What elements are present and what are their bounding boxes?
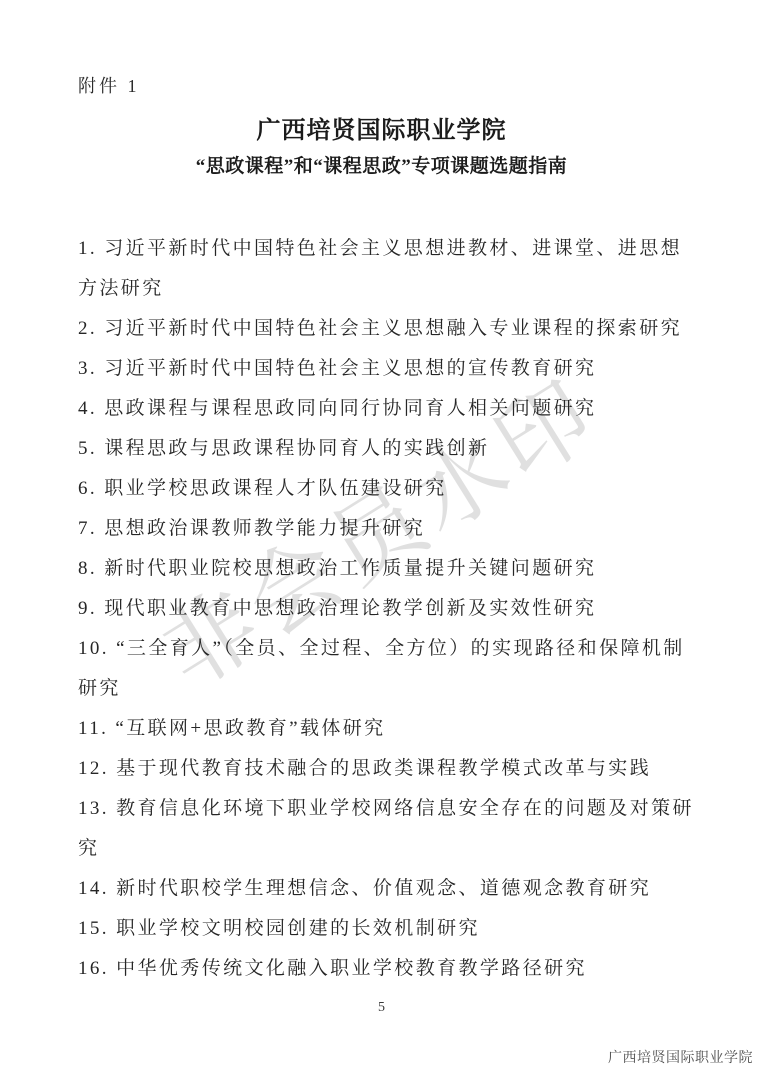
topic-item: 8. 新时代职业院校思想政治工作质量提升关键问题研究 <box>78 549 696 589</box>
topic-item: 1. 习近平新时代中国特色社会主义思想进教材、进课堂、进思想方法研究 <box>78 229 696 309</box>
topic-item: 16. 中华优秀传统文化融入职业学校教育教学路径研究 <box>78 949 696 989</box>
topic-item: 2. 习近平新时代中国特色社会主义思想融入专业课程的探索研究 <box>78 309 696 349</box>
topic-item: 15. 职业学校文明校园创建的长效机制研究 <box>78 909 696 949</box>
topic-item: 6. 职业学校思政课程人才队伍建设研究 <box>78 469 696 509</box>
document-subtitle: “思政课程”和“课程思政”专项课题选题指南 <box>0 151 763 178</box>
topic-item: 7. 思想政治课教师教学能力提升研究 <box>78 509 696 549</box>
topic-item: 12. 基于现代教育技术融合的思政类课程教学模式改革与实践 <box>78 749 696 789</box>
topic-item: 9. 现代职业教育中思想政治理论教学创新及实效性研究 <box>78 589 696 629</box>
topic-item: 4. 思政课程与课程思政同向同行协同育人相关问题研究 <box>78 389 696 429</box>
topic-list: 1. 习近平新时代中国特色社会主义思想进教材、进课堂、进思想方法研究 2. 习近… <box>78 229 696 989</box>
topic-item: 5. 课程思政与思政课程协同育人的实践创新 <box>78 429 696 469</box>
document-page: 非会员水印 附件 1 广西培贤国际职业学院 “思政课程”和“课程思政”专项课题选… <box>0 0 763 1080</box>
attachment-label: 附件 1 <box>78 72 140 98</box>
topic-item: 10. “三全育人”（全员、全过程、全方位）的实现路径和保障机制研究 <box>78 629 696 709</box>
topic-item: 14. 新时代职校学生理想信念、价值观念、道德观念教育研究 <box>78 869 696 909</box>
page-number: 5 <box>0 1000 763 1016</box>
topic-item: 11. “互联网+思政教育”载体研究 <box>78 709 696 749</box>
corner-watermark-label: 广西培贤国际职业学院 <box>608 1047 753 1067</box>
topic-item: 3. 习近平新时代中国特色社会主义思想的宣传教育研究 <box>78 349 696 389</box>
document-title: 广西培贤国际职业学院 <box>0 110 763 145</box>
topic-item: 13. 教育信息化环境下职业学校网络信息安全存在的问题及对策研究 <box>78 789 696 869</box>
